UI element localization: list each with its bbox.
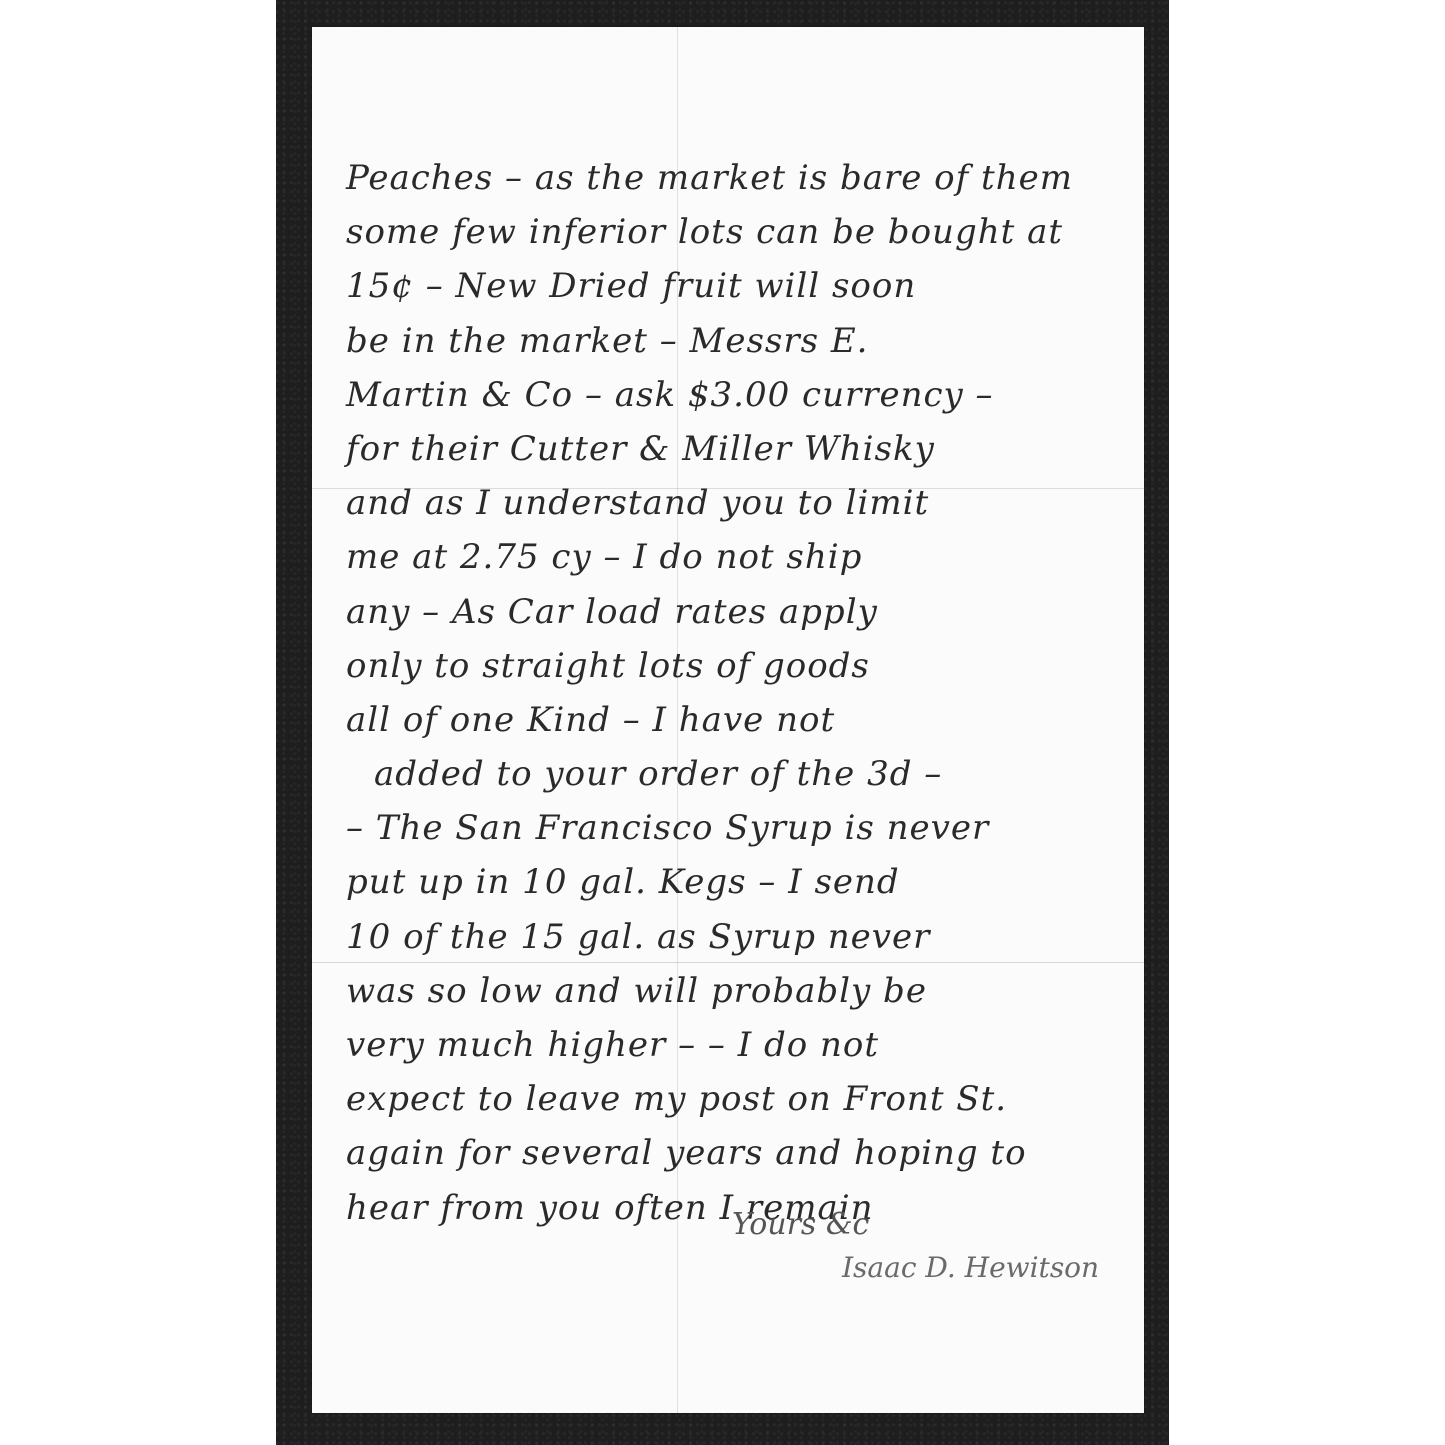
letter-line: be in the market – Messrs E. (346, 314, 1126, 368)
letter-line: any – As Car load rates apply (346, 585, 1126, 639)
letter-line: put up in 10 gal. Kegs – I send (346, 855, 1126, 909)
letter-line: again for several years and hoping to (346, 1126, 1126, 1180)
letter-line: and as I understand you to limit (346, 476, 1126, 530)
letter-line: all of one Kind – I have not (346, 693, 1126, 747)
letter-line: for their Cutter & Miller Whisky (346, 422, 1126, 476)
letter-line: only to straight lots of goods (346, 639, 1126, 693)
letter-line: expect to leave my post on Front St. (346, 1072, 1126, 1126)
letter-line: Martin & Co – ask $3.00 currency – (346, 368, 1126, 422)
letter-line: 10 of the 15 gal. as Syrup never (346, 910, 1126, 964)
letter-line: me at 2.75 cy – I do not ship (346, 530, 1126, 584)
letter-line: – The San Francisco Syrup is never (346, 801, 1126, 855)
letter-line: some few inferior lots can be bought at (346, 205, 1126, 259)
letter-line: was so low and will probably be (346, 964, 1126, 1018)
letter-line: Peaches – as the market is bare of them (346, 151, 1126, 205)
letter-line: added to your order of the 3d – (346, 747, 1126, 801)
letter-line: very much higher – – I do not (346, 1018, 1126, 1072)
closing: Yours &c (732, 1207, 869, 1242)
signature: Isaac D. Hewitson (842, 1251, 1099, 1284)
letter-body: Peaches – as the market is bare of thems… (346, 151, 1126, 1235)
letter-line: 15¢ – New Dried fruit will soon (346, 259, 1126, 313)
letter-page: Peaches – as the market is bare of thems… (312, 27, 1144, 1413)
